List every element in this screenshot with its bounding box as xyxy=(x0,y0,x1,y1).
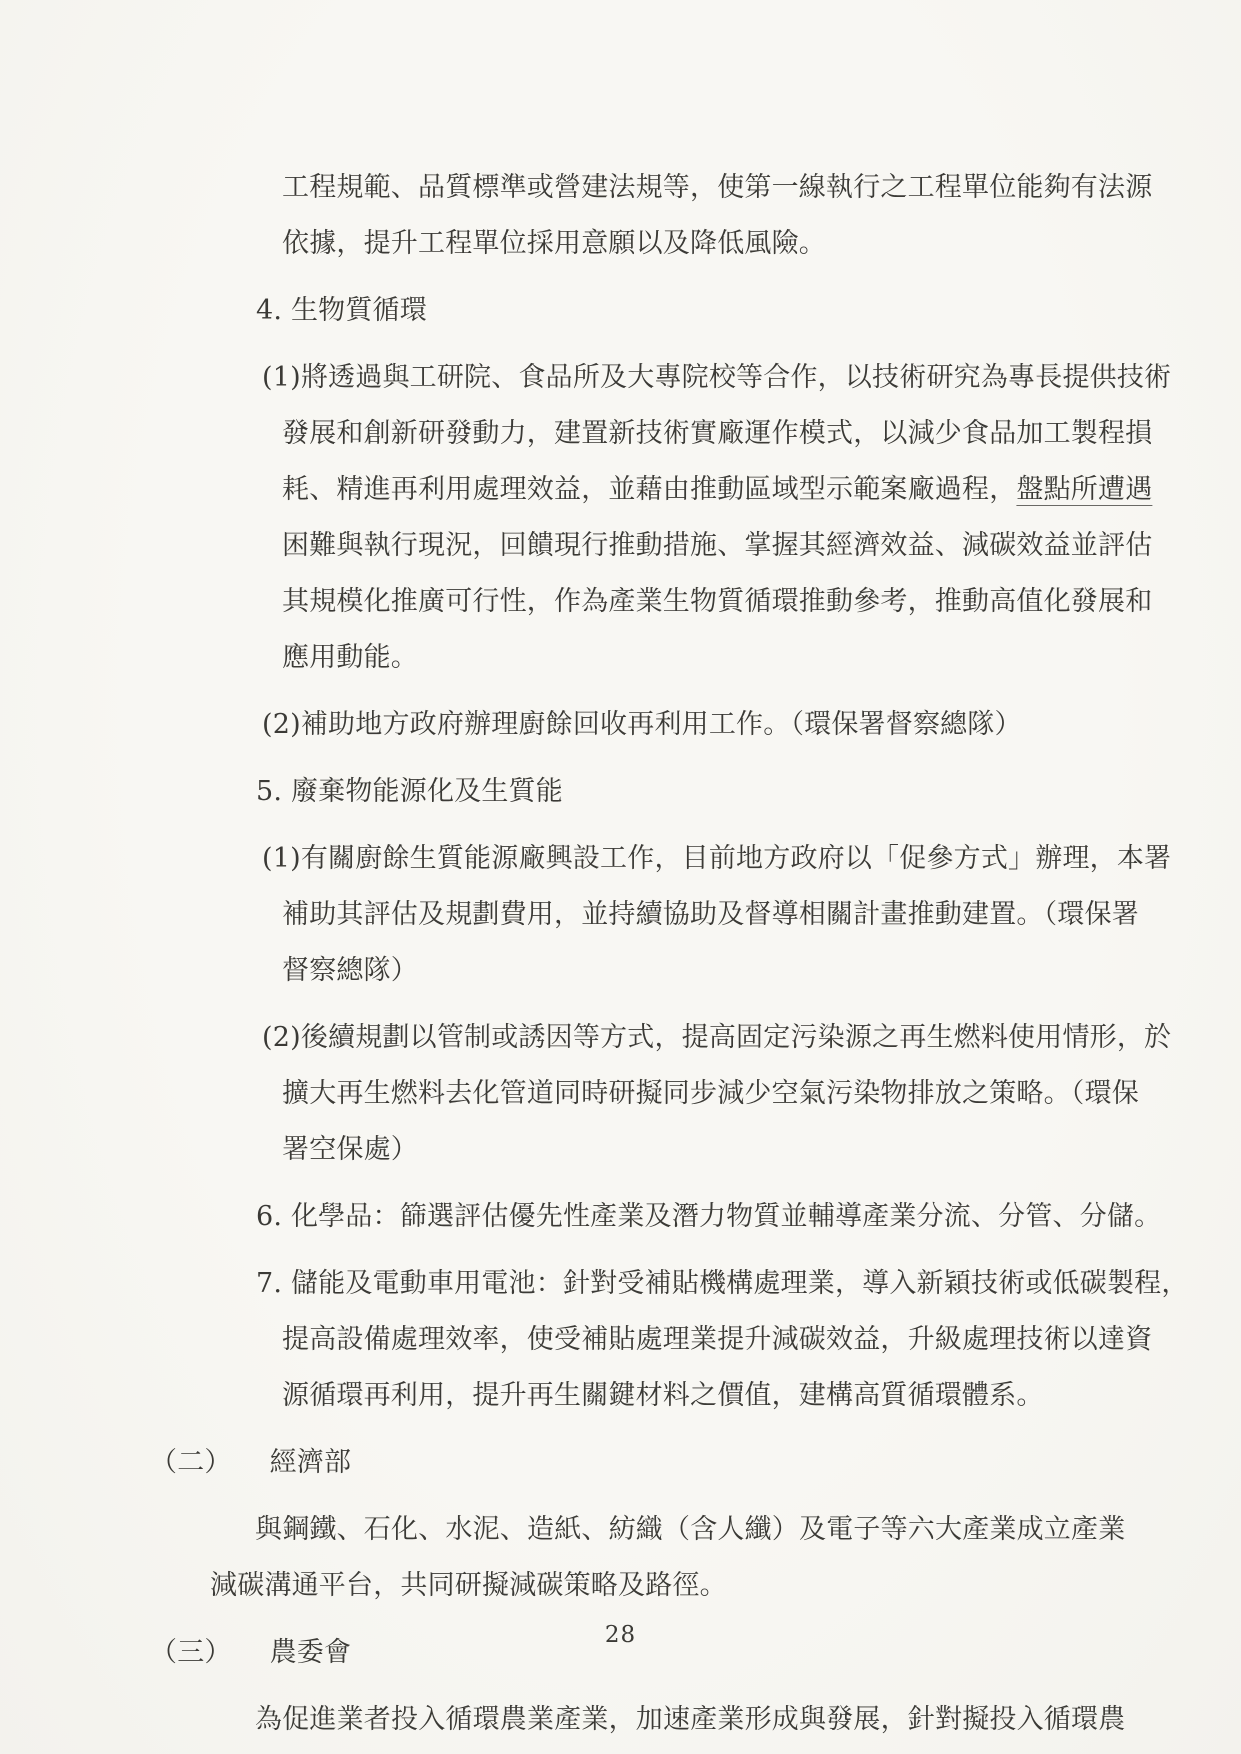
section-2-name: 經濟部 xyxy=(270,1447,352,1478)
item-5-sub-1-line-2: 補助其評估及規劃費用，並持續協助及督導相關計畫推動建置。（環保署 xyxy=(0,887,1241,943)
item-4-sub-1-line-2: 發展和創新研發動力，建置新技術實廠運作模式，以減少食品加工製程損 xyxy=(0,406,1241,462)
section-3-para-line-1: 為促進業者投入循環農業產業，加速產業形成與發展，針對擬投入循環農 xyxy=(0,1692,1241,1748)
item-5-heading: 5. 廢棄物能源化及生質能 xyxy=(0,764,1241,820)
item-4-heading: 4. 生物質循環 xyxy=(0,283,1241,339)
item-4-sub-1-line-5: 其規模化推廣可行性，作為產業生物質循環推動參考，推動高值化發展和 xyxy=(0,574,1241,630)
section-2-para-line-1: 與鋼鐵、石化、水泥、造紙、紡織（含人纖）及電子等六大產業成立產業 xyxy=(0,1502,1241,1558)
item-5-sub-2-line-3: 署空保處） xyxy=(0,1122,1241,1178)
item-7-line-3: 源循環再利用，提升再生關鍵材料之價值，建構高質循環體系。 xyxy=(0,1368,1241,1424)
item-6: 6. 化學品：篩選評估優先性產業及潛力物質並輔導產業分流、分管、分儲。 xyxy=(0,1189,1241,1245)
item-5-sub-2-line-2: 擴大再生燃料去化管道同時研擬同步減少空氣污染物排放之策略。（環保 xyxy=(0,1066,1241,1122)
document-page: 工程規範、品質標準或營建法規等，使第一線執行之工程單位能夠有法源 依據，提升工程… xyxy=(0,0,1241,1754)
item-7-line-2: 提高設備處理效率，使受補貼處理業提升減碳效益，升級處理技術以達資 xyxy=(0,1312,1241,1368)
item-5-sub-2-line-1: (2)後續規劃以管制或誘因等方式，提高固定污染源之再生燃料使用情形，於 xyxy=(0,1010,1241,1066)
item-4-sub-2: (2)補助地方政府辦理廚餘回收再利用工作。（環保署督察總隊） xyxy=(0,697,1241,753)
item-4-sub-1-line-4: 困難與執行現況，回饋現行推動措施、掌握其經濟效益、減碳效益並評估 xyxy=(0,518,1241,574)
body-text: 工程規範、品質標準或營建法規等，使第一線執行之工程單位能夠有法源 依據，提升工程… xyxy=(0,160,1241,1748)
item-5-sub-1-line-1: (1)有關廚餘生質能源廠興設工作，目前地方政府以「促參方式」辦理，本署 xyxy=(0,831,1241,887)
section-2-para-line-2: 減碳溝通平台，共同研擬減碳策略及路徑。 xyxy=(0,1558,1241,1614)
section-2-label: （二） xyxy=(150,1447,232,1478)
item-4-sub-1-line-3-underlined-text: 盤點所遭遇 xyxy=(1016,474,1152,505)
item-4-sub-1-line-3-text: 耗、精進再利用處理效益，並藉由推動區域型示範案廠過程， xyxy=(282,474,1016,505)
item-4-sub-1-line-3: 耗、精進再利用處理效益，並藉由推動區域型示範案廠過程，盤點所遭遇 xyxy=(0,462,1241,518)
item-4-sub-1-line-1: (1)將透過與工研院、食品所及大專院校等合作，以技術研究為專長提供技術 xyxy=(0,350,1241,406)
carryover-line-1: 工程規範、品質標準或營建法規等，使第一線執行之工程單位能夠有法源 xyxy=(0,160,1241,216)
item-7-line-1: 7. 儲能及電動車用電池：針對受補貼機構處理業，導入新穎技術或低碳製程， xyxy=(0,1256,1241,1312)
item-4-sub-1-line-6: 應用動能。 xyxy=(0,630,1241,686)
page-number: 28 xyxy=(0,1622,1241,1648)
item-5-sub-1-line-3: 督察總隊） xyxy=(0,943,1241,999)
section-2-heading: （二）經濟部 xyxy=(0,1435,1241,1491)
carryover-line-2: 依據，提升工程單位採用意願以及降低風險。 xyxy=(0,216,1241,272)
